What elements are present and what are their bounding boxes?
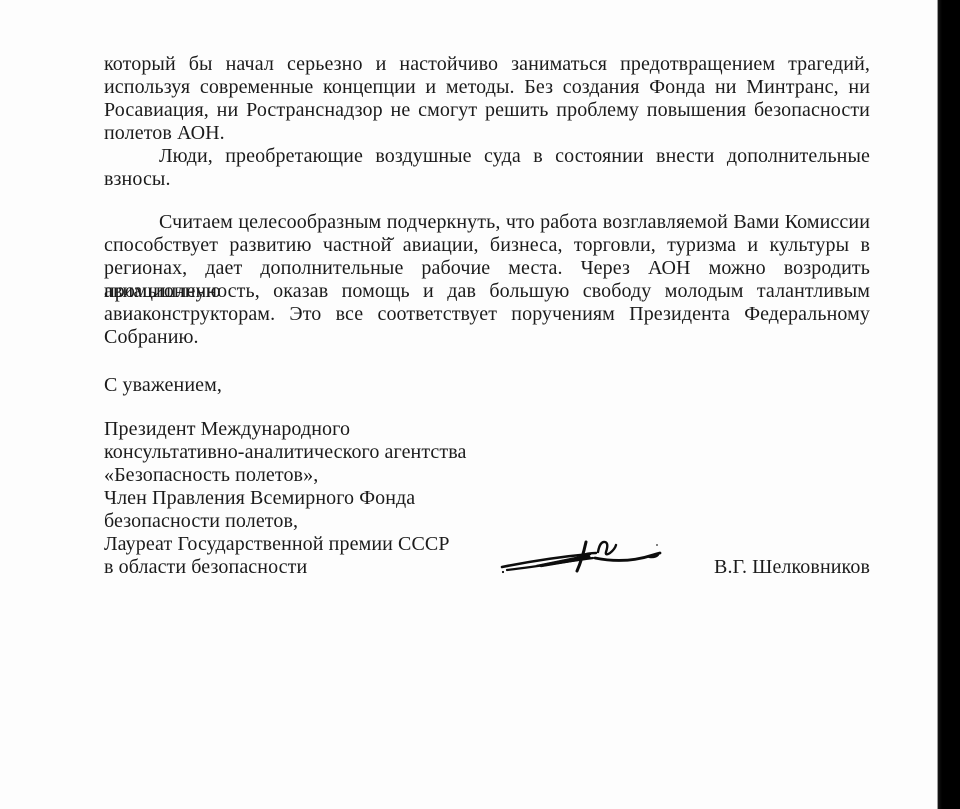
signature-title-line: Член Правления Всемирного Фонда: [104, 487, 870, 510]
signature-title-line: «Безопасность полетов»,: [104, 464, 870, 487]
signature-title-line: в области безопасности: [104, 556, 307, 579]
text-line: который бы начал серьезно и настойчиво з…: [104, 53, 870, 76]
scan-edge-bar: [937, 0, 960, 809]
signature-title-line: консультативно-аналитического агентства: [104, 441, 870, 464]
paragraph: который бы начал серьезно и настойчиво з…: [104, 53, 870, 145]
signature-title-line: Президент Международного: [104, 418, 870, 441]
text-line: Люди, преобретающие воздушные суда в сос…: [104, 145, 870, 168]
document-page: который бы начал серьезно и настойчиво з…: [0, 0, 960, 809]
signature-title-block: Президент Международногоконсультативно-а…: [104, 418, 870, 579]
signature-title-line: безопасности полетов,: [104, 510, 870, 533]
text-line: авиаконструкторам. Это все соответствует…: [104, 303, 870, 326]
text-line: Собранию.: [104, 326, 870, 349]
letter-body: который бы начал серьезно и настойчиво з…: [104, 0, 870, 579]
text-line: регионах, дает дополнительные рабочие ме…: [104, 257, 870, 280]
text-line: промышленность, оказав помощь и дав боль…: [104, 280, 870, 303]
handwritten-signature-icon: [497, 531, 665, 581]
text-line: способствует развитию частной̆ авиации, …: [104, 234, 870, 257]
paragraph: Люди, преобретающие воздушные суда в сос…: [104, 145, 870, 191]
signature-title-lines: Президент Международногоконсультативно-а…: [104, 418, 870, 556]
closing-salutation: С уважением,: [104, 374, 870, 397]
paragraph: Считаем целесообразным подчеркнуть, что …: [104, 211, 870, 349]
signatory-name: В.Г. Шелковников: [714, 556, 870, 579]
letter-paragraphs: который бы начал серьезно и настойчиво з…: [104, 53, 870, 349]
text-line: полетов АОН.: [104, 122, 870, 145]
text-line: используя современные концепции и методы…: [104, 76, 870, 99]
text-line: Росавиация, ни Ространснадзор не смогут …: [104, 99, 870, 122]
text-line: взносы.: [104, 168, 870, 191]
signature-title-line: Лауреат Государственной премии СССР: [104, 533, 870, 556]
text-line: Считаем целесообразным подчеркнуть, что …: [104, 211, 870, 234]
signature-last-row: в области безопасности В.Г. Шелковников: [104, 556, 870, 579]
